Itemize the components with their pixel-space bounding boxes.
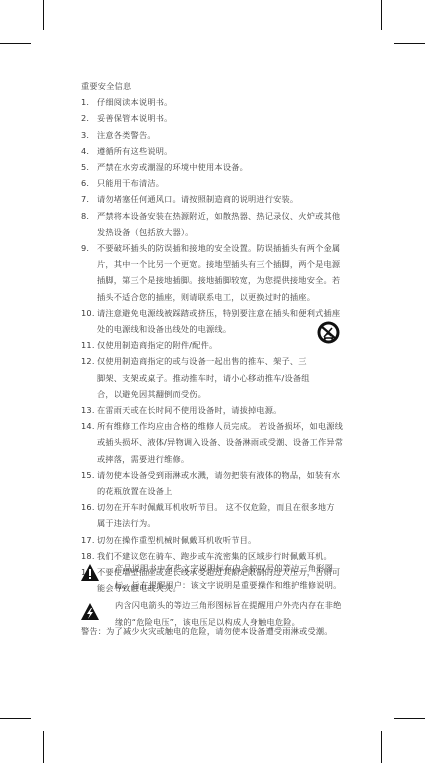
- instruction-list: 1.仔细阅读本说明书。2.妥善保管本说明书。3.注意各类警告。4.遵循所有这些说…: [81, 94, 351, 596]
- crop-mark-bottom-left-vertical: [43, 731, 44, 763]
- item-number: 8.: [81, 208, 89, 224]
- item-text: 严禁在水旁或潮湿的环境中使用本设备。: [97, 159, 351, 175]
- list-item: 16.切勿在开车时佩戴耳机收听节目。 这不仅危险，而且在很多地方属于违法行为。: [81, 499, 351, 531]
- list-item: 4.遵循所有这些说明。: [81, 143, 351, 159]
- item-text: 请勿使本设备受到雨淋或水溅，请勿把装有液体的物品，如装有水: [97, 467, 351, 483]
- item-number: 11.: [81, 337, 95, 353]
- cart-tip-over-warning-icon: [316, 320, 341, 345]
- item-number: 3.: [81, 127, 89, 143]
- item-text: 仅使用制造商指定的或与设备一起出售的推车、架子、三: [97, 353, 351, 369]
- list-item: 9.不要破坏插头的防误插和接地的安全设置。防误插插头有两个金属片，其中一个比另一…: [81, 240, 351, 305]
- list-item: 14.所有维修工作均应由合格的维修人员完成。 若设备损坏，如电源线或插头损坏、液…: [81, 418, 351, 467]
- item-text: 严禁将本设备安装在热源附近，如散热器、热记录仪、火炉或其他: [97, 208, 351, 224]
- crop-mark-top-right-horizontal: [394, 43, 425, 44]
- notice-line: 内含闪电箭头的等边三角形图标旨在提醒用户外壳内存在非绝: [115, 597, 341, 614]
- item-text: 请勿堵塞任何通风口。请按照制造商的说明进行安装。: [97, 191, 351, 207]
- crop-mark-bottom-right-horizontal: [394, 718, 425, 719]
- item-text: 在雷雨天或在长时间不使用设备时，请拔掉电源。: [97, 402, 351, 418]
- item-number: 10.: [81, 305, 95, 321]
- item-number: 18.: [81, 548, 95, 564]
- item-text: 请注意避免电源线被踩踏或挤压，特别要注意在插头和便利式插座: [97, 305, 351, 321]
- list-item: 6.只能用干布清洁。: [81, 175, 351, 191]
- item-text: 片，其中一个比另一个更宽。接地型插头有三个插脚，两个是电源: [97, 256, 351, 272]
- item-number: 14.: [81, 418, 95, 434]
- moisture-warning: 警告：为了减少火灾或触电的危险，请勿使本设备遭受雨淋或受潮。: [81, 623, 333, 639]
- list-item: 1.仔细阅读本说明书。: [81, 94, 351, 110]
- item-number: 6.: [81, 175, 89, 191]
- lightning-triangle-icon: [81, 603, 99, 620]
- item-text: 不要破坏插头的防误插和接地的安全设置。防误插插头有两个金属: [97, 240, 351, 256]
- item-number: 2.: [81, 110, 89, 126]
- item-number: 13.: [81, 402, 95, 418]
- item-number: 17.: [81, 532, 95, 548]
- exclamation-triangle-icon: [81, 564, 99, 581]
- item-text: 脚架、支架或桌子。推动推车时，请小心移动推车/设备组: [97, 370, 351, 386]
- item-number: 7.: [81, 191, 89, 207]
- item-number: 5.: [81, 159, 89, 175]
- item-number: 15.: [81, 467, 95, 483]
- item-text: 插脚，第三个是接地插脚。接地插脚较宽，为您提供接地安全。若: [97, 272, 351, 288]
- item-text: 发热设备（包括放大器）。: [97, 224, 351, 240]
- exclamation-notice: 产品说明书中有些文字说明标有内含惊叹号的等边三角形图 标，旨在提醒用户：该文字说…: [115, 560, 341, 594]
- list-item: 11.仅使用制造商指定的附件/配件。: [81, 337, 351, 353]
- item-text: 切勿在开车时佩戴耳机收听节目。 这不仅危险，而且在很多地方: [97, 499, 351, 515]
- item-text: 妥善保管本说明书。: [97, 110, 351, 126]
- list-item: 15.请勿使本设备受到雨淋或水溅，请勿把装有液体的物品，如装有水的花瓶放置在设备…: [81, 467, 351, 499]
- item-text: 插头不适合您的插座，则请联系电工，以更换过时的插座。: [97, 289, 351, 305]
- list-item: 2.妥善保管本说明书。: [81, 110, 351, 126]
- section-title: 重要安全信息: [81, 78, 351, 94]
- notice-line: 产品说明书中有些文字说明标有内含惊叹号的等边三角形图: [115, 560, 341, 577]
- item-text: 切勿在操作重型机械时佩戴耳机收听节目。: [97, 532, 351, 548]
- item-number: 4.: [81, 143, 89, 159]
- item-text: 仔细阅读本说明书。: [97, 94, 351, 110]
- crop-mark-top-right-vertical: [381, 0, 382, 30]
- list-item: 8.严禁将本设备安装在热源附近，如散热器、热记录仪、火炉或其他发热设备（包括放大…: [81, 208, 351, 240]
- list-item: 17.切勿在操作重型机械时佩戴耳机收听节目。: [81, 532, 351, 548]
- item-text: 或插头损坏、液体/异物调入设备、设备淋雨或受潮、设备工作异常: [97, 434, 351, 450]
- item-number: 16.: [81, 499, 95, 515]
- notice-line: 标，旨在提醒用户：该文字说明是重要操作和维护维修说明。: [115, 577, 341, 594]
- item-number: 1.: [81, 94, 89, 110]
- list-item: 13.在雷雨天或在长时间不使用设备时，请拔掉电源。: [81, 402, 351, 418]
- list-item: 12.仅使用制造商指定的或与设备一起出售的推车、架子、三脚架、支架或桌子。推动推…: [81, 353, 351, 402]
- item-number: 9.: [81, 240, 89, 256]
- item-text: 只能用干布清洁。: [97, 175, 351, 191]
- crop-mark-bottom-right-vertical: [381, 731, 382, 763]
- list-item: 5.严禁在水旁或潮湿的环境中使用本设备。: [81, 159, 351, 175]
- item-text: 或摔落，需要进行维修。: [97, 451, 351, 467]
- item-text: 遵循所有这些说明。: [97, 143, 351, 159]
- item-text: 合，以避免因其翻倒而受伤。: [97, 386, 351, 402]
- item-text: 仅使用制造商指定的附件/配件。: [97, 337, 351, 353]
- item-text: 的花瓶放置在设备上: [97, 483, 351, 499]
- item-text: 处的电源线和设备出线处的电源线。: [97, 321, 351, 337]
- crop-mark-top-left-vertical: [43, 0, 44, 30]
- list-item: 10.请注意避免电源线被踩踏或挤压，特别要注意在插头和便利式插座处的电源线和设备…: [81, 305, 351, 337]
- crop-mark-top-left-horizontal: [0, 43, 31, 44]
- list-item: 7.请勿堵塞任何通风口。请按照制造商的说明进行安装。: [81, 191, 351, 207]
- item-text: 所有维修工作均应由合格的维修人员完成。 若设备损坏，如电源线: [97, 418, 351, 434]
- item-number: 12.: [81, 353, 95, 369]
- item-text: 属于违法行为。: [97, 515, 351, 531]
- item-text: 注意各类警告。: [97, 127, 351, 143]
- list-item: 3.注意各类警告。: [81, 127, 351, 143]
- crop-mark-bottom-left-horizontal: [0, 718, 31, 719]
- safety-instructions: 重要安全信息 1.仔细阅读本说明书。2.妥善保管本说明书。3.注意各类警告。4.…: [81, 78, 351, 597]
